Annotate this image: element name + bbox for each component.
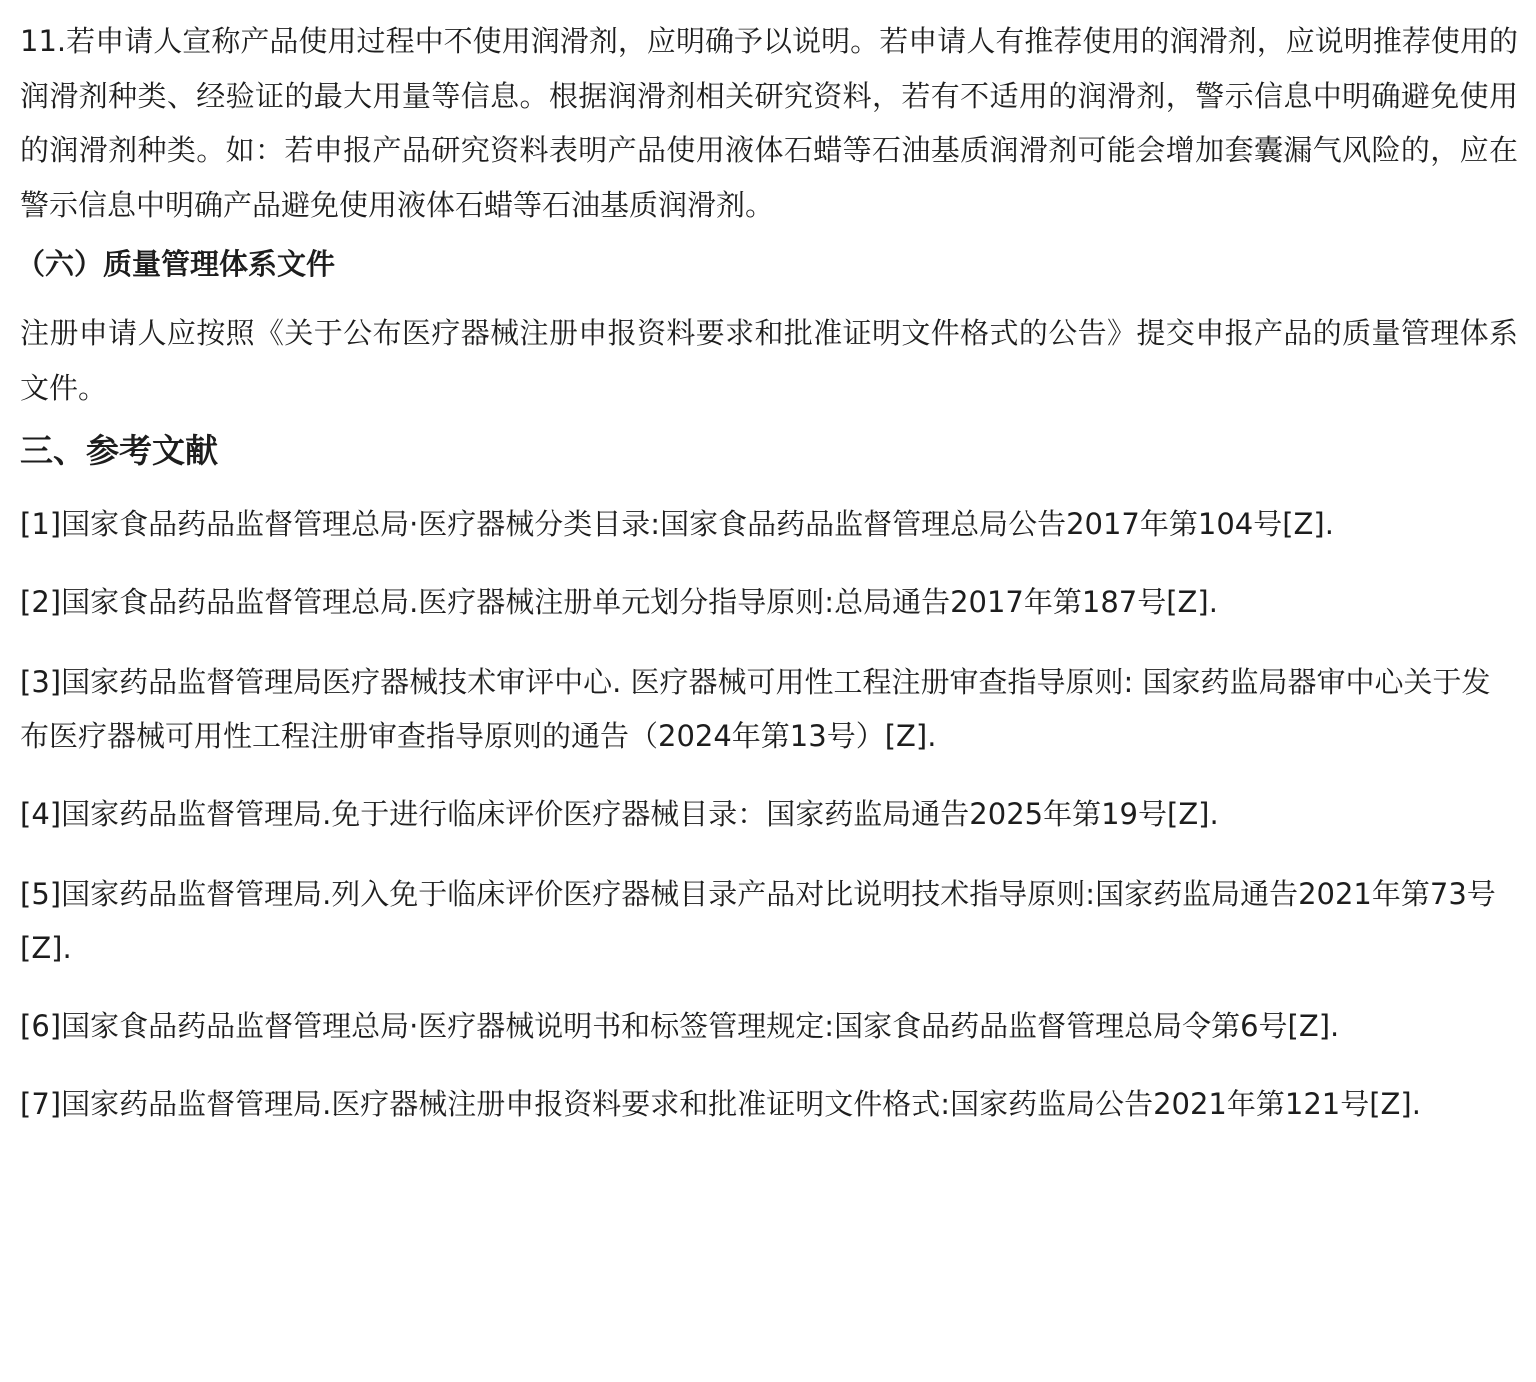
reference-list: [1]国家食品药品监督管理总局·医疗器械分类目录:国家食品药品监督管理总局公告2… [20, 497, 1518, 1131]
section-heading-references: 三、参考文献 [20, 429, 1518, 473]
reference-item-5: [5]国家药品监督管理局.列入免于临床评价医疗器械目录产品对比说明技术指导原则:… [20, 867, 1518, 975]
reference-item-1: [1]国家食品药品监督管理总局·医疗器械分类目录:国家食品药品监督管理总局公告2… [20, 497, 1518, 551]
reference-item-6: [6]国家食品药品监督管理总局·医疗器械说明书和标签管理规定:国家食品药品监督管… [20, 999, 1518, 1053]
paragraph-item-11-lubricant: 11.若申请人宣称产品使用过程中不使用润滑剂，应明确予以说明。若申请人有推荐使用… [20, 14, 1518, 232]
reference-item-2: [2]国家食品药品监督管理总局.医疗器械注册单元划分指导原则:总局通告2017年… [20, 575, 1518, 629]
paragraph-quality-management-system: 注册申请人应按照《关于公布医疗器械注册申报资料要求和批准证明文件格式的公告》提交… [20, 306, 1518, 415]
reference-item-3: [3]国家药品监督管理局医疗器械技术审评中心. 医疗器械可用性工程注册审查指导原… [20, 655, 1518, 763]
subsection-heading-quality-management: （六）质量管理体系文件 [16, 242, 1518, 286]
reference-item-7: [7]国家药品监督管理局.医疗器械注册申报资料要求和批准证明文件格式:国家药监局… [20, 1077, 1518, 1131]
document-page: 11.若申请人宣称产品使用过程中不使用润滑剂，应明确予以说明。若申请人有推荐使用… [0, 0, 1536, 1131]
reference-item-4: [4]国家药品监督管理局.免于进行临床评价医疗器械目录：国家药监局通告2025年… [20, 787, 1518, 841]
